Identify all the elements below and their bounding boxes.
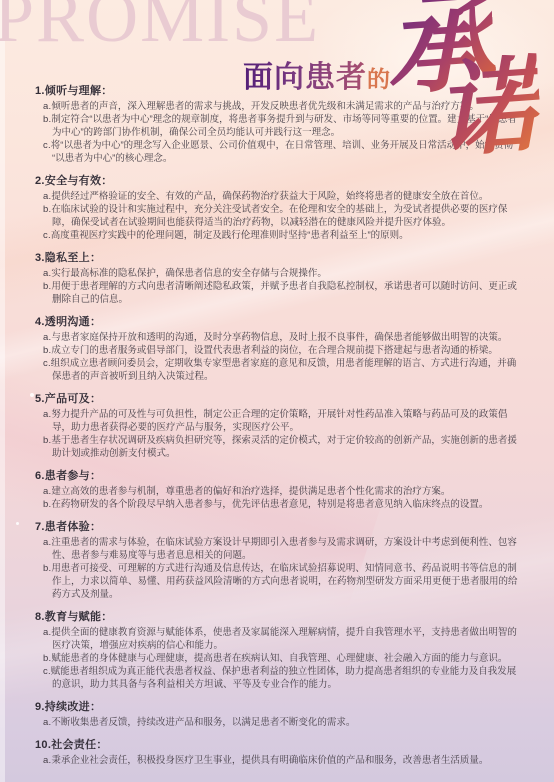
item-text: 赋能患者的身体健康与心理健康，提高患者在疾病认知、自我管理、心理健康、社会融入方… — [51, 653, 507, 664]
section-heading: 10.社会责任： — [35, 736, 524, 752]
item-text: 在药物研发的各个阶段尽早纳入患者参与，优先评估患者意见，特别是将患者意见纳入临床… — [51, 499, 488, 510]
promise-item: b.成立专门的患者服务或倡导部门，设置代表患者利益的岗位，在合理合规前提下搭建起… — [35, 344, 524, 357]
item-label: c. — [43, 666, 51, 677]
promise-item: a.提供全面的健康教育资源与赋能体系，使患者及家属能深入理解病情，提升自我管理水… — [35, 626, 524, 652]
section-product-accessibility: 5.产品可及： a.努力提升产品的可及性与可负担性，制定公正合理的定价策略，开展… — [35, 390, 524, 460]
section-patient-participation: 6.患者参与： a.建立高效的患者参与机制，尊重患者的偏好和治疗选择，提供满足患… — [35, 467, 524, 511]
section-heading: 4.透明沟通： — [35, 313, 524, 329]
page-title-particle: 的 — [367, 66, 390, 92]
section-heading: 5.产品可及： — [35, 390, 524, 406]
promise-item: a.不断收集患者反馈，持续改进产品和服务，以满足患者不断变化的需求。 — [35, 716, 524, 729]
item-text: 组织成立患者顾问委员会，定期收集专家型患者家庭的意见和反馈，用患者能理解的语言、… — [51, 358, 517, 382]
item-text: 在临床试验的设计和实施过程中，充分关注受试者安全。在伦理和安全的基础上，为受试者… — [51, 204, 507, 228]
item-text: 提供全面的健康教育资源与赋能体系，使患者及家属能深入理解病情，提升自我管理水平，… — [51, 627, 517, 651]
promise-item: a.建立高效的患者参与机制，尊重患者的偏好和治疗选择，提供满足患者个性化需求的治… — [35, 485, 524, 498]
page-title: 面向患者的 — [243, 52, 390, 96]
promise-item: b.用便于患者理解的方式向患者清晰阐述隐私政策，并赋予患者自我隐私控制权，承诺患… — [35, 280, 524, 306]
item-text: 努力提升产品的可及性与可负担性，制定公正合理的定价策略，开展针对性药品准入策略与… — [51, 409, 507, 433]
promise-item: c.组织成立患者顾问委员会，定期收集专家型患者家庭的意见和反馈，用患者能理解的语… — [35, 357, 524, 383]
section-education-empowerment: 8.教育与赋能： a.提供全面的健康教育资源与赋能体系，使患者及家属能深入理解病… — [35, 608, 524, 691]
item-text: 高度重视医疗实践中的伦理问题，制定及践行伦理准则时坚持“患者利益至上”的原则。 — [51, 230, 409, 241]
section-heading: 6.患者参与： — [35, 467, 524, 483]
section-privacy-first: 3.隐私至上： a.实行最高标准的隐私保护，确保患者信息的安全存储与合规操作。 … — [35, 249, 524, 306]
promise-item: b.赋能患者的身体健康与心理健康，提高患者在疾病认知、自我管理、心理健康、社会融… — [35, 652, 524, 665]
item-text: 实行最高标准的隐私保护，确保患者信息的安全存储与合规操作。 — [51, 268, 327, 279]
section-heading: 7.患者体验： — [35, 518, 524, 534]
calligraphy-char-nuo: 诺 — [432, 52, 543, 163]
section-heading: 3.隐私至上： — [35, 249, 524, 265]
item-text: 成立专门的患者服务或倡导部门，设置代表患者利益的岗位，在合理合规前提下搭建起与患… — [51, 345, 498, 356]
section-social-responsibility: 10.社会责任： a.秉承企业社会责任，积极投身医疗卫生事业，提供具有明确临床价… — [35, 736, 524, 767]
promise-item: b.基于患者生存状况调研及疾病负担研究等，探索灵活的定价模式，对于定价较高的创新… — [35, 434, 524, 460]
promise-item: a.努力提升产品的可及性与可负担性，制定公正合理的定价策略，开展针对性药品准入策… — [35, 408, 524, 434]
promise-item: b.在药物研发的各个阶段尽早纳入患者参与，优先评估患者意见，特别是将患者意见纳入… — [35, 498, 524, 511]
item-text: 不断收集患者反馈，持续改进产品和服务，以满足患者不断变化的需求。 — [51, 717, 355, 728]
page-title-main: 面向患者 — [243, 61, 367, 94]
section-safety-efficacy: 2.安全与有效： a.提供经过严格验证的安全、有效的产品，确保药物治疗获益大于风… — [35, 172, 524, 242]
item-text: 注重患者的需求与体验，在临床试验方案设计早期即引入患者参与及需求调研，方案设计中… — [51, 537, 517, 561]
item-text: 提供经过严格验证的安全、有效的产品，确保药物治疗获益大于风险，始终将患者的健康安… — [51, 191, 488, 202]
item-text: 用患者可接受、可理解的方式进行沟通及信息传达，在临床试验招募说明、知情同意书、药… — [51, 563, 517, 600]
promise-item: a.注重患者的需求与体验，在临床试验方案设计早期即引入患者参与及需求调研，方案设… — [35, 536, 524, 562]
item-label: c. — [43, 230, 51, 241]
promise-item: c.赋能患者组织成为真正能代表患者权益、保护患者利益的独立性团体，助力提高患者组… — [35, 665, 524, 691]
section-heading: 2.安全与有效： — [35, 172, 524, 188]
promise-item: c.高度重视医疗实践中的伦理问题，制定及践行伦理准则时坚持“患者利益至上”的原则… — [35, 229, 524, 242]
patient-promise-poster: PROMISE 面向患者的 承 诺 1.倾听与理解： a.倾听患者的声音，深入理… — [0, 0, 554, 782]
item-text: 基于患者生存状况调研及疾病负担研究等，探索灵活的定价模式，对于定价较高的创新产品… — [51, 435, 517, 459]
promise-item: a.秉承企业社会责任，积极投身医疗卫生事业，提供具有明确临床价值的产品和服务，改… — [35, 754, 524, 767]
section-patient-experience: 7.患者体验： a.注重患者的需求与体验，在临床试验方案设计早期即引入患者参与及… — [35, 518, 524, 601]
item-label: c. — [43, 140, 51, 151]
item-label: c. — [43, 358, 51, 369]
section-heading: 8.教育与赋能： — [35, 608, 524, 624]
section-transparent-communication: 4.透明沟通： a.与患者家庭保持开放和透明的沟通，及时分享药物信息，及时上报不… — [35, 313, 524, 383]
item-text: 赋能患者组织成为真正能代表患者权益、保护患者利益的独立性团体，助力提高患者组织的… — [51, 666, 517, 690]
promise-item: a.实行最高标准的隐私保护，确保患者信息的安全存储与合规操作。 — [35, 267, 524, 280]
item-text: 秉承企业社会责任，积极投身医疗卫生事业，提供具有明确临床价值的产品和服务，改善患… — [51, 755, 488, 766]
promise-item: b.在临床试验的设计和实施过程中，充分关注受试者安全。在伦理和安全的基础上，为受… — [35, 203, 524, 229]
section-heading: 9.持续改进： — [35, 698, 524, 714]
promise-item: b.用患者可接受、可理解的方式进行沟通及信息传达，在临床试验招募说明、知情同意书… — [35, 562, 524, 601]
promise-list: 1.倾听与理解： a.倾听患者的声音，深入理解患者的需求与挑战，开发反映患者优先… — [0, 82, 554, 767]
section-continuous-improvement: 9.持续改进： a.不断收集患者反馈，持续改进产品和服务，以满足患者不断变化的需… — [35, 698, 524, 729]
item-text: 用便于患者理解的方式向患者清晰阐述隐私政策，并赋予患者自我隐私控制权，承诺患者可… — [51, 281, 517, 305]
item-text: 建立高效的患者参与机制，尊重患者的偏好和治疗选择，提供满足患者个性化需求的治疗方… — [51, 486, 450, 497]
item-text: 与患者家庭保持开放和透明的沟通，及时分享药物信息，及时上报不良事件，确保患者能够… — [51, 332, 507, 343]
promise-watermark: PROMISE — [0, 0, 320, 59]
promise-item: a.提供经过严格验证的安全、有效的产品，确保药物治疗获益大于风险，始终将患者的健… — [35, 190, 524, 203]
promise-item: a.与患者家庭保持开放和透明的沟通，及时分享药物信息，及时上报不良事件，确保患者… — [35, 331, 524, 344]
